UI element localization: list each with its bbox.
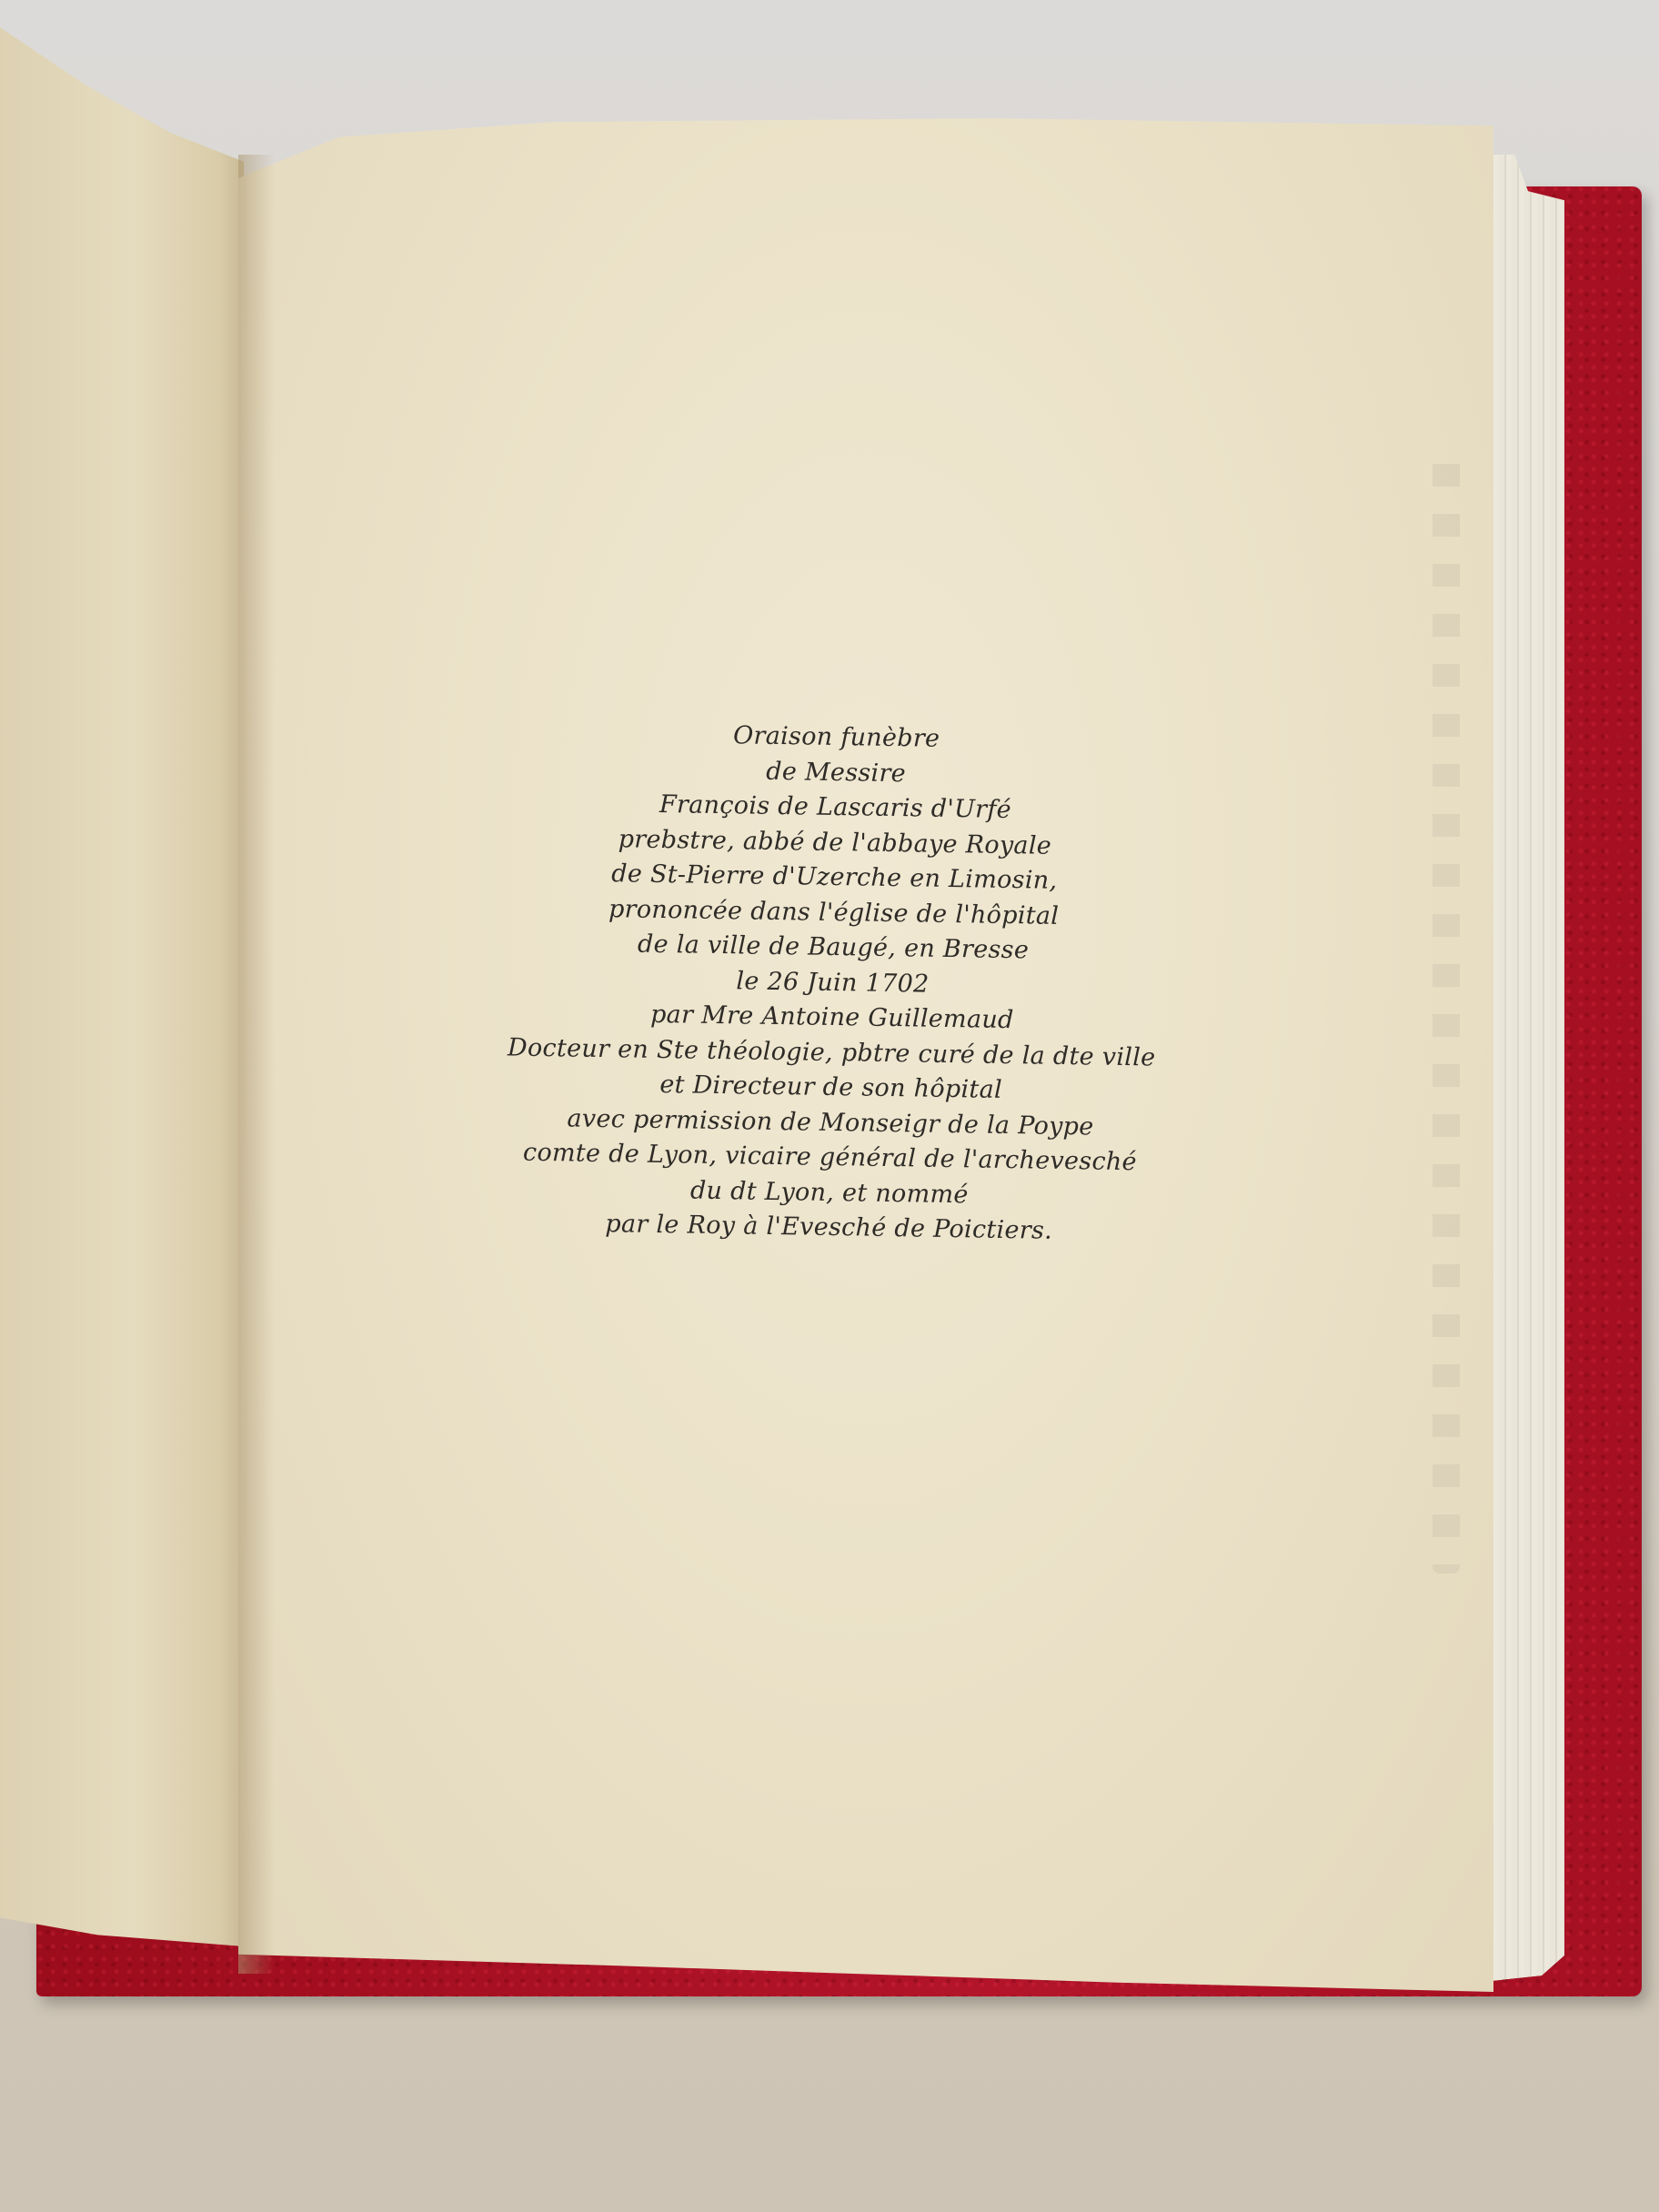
show-through-text [1433,437,1460,1574]
title-text-block: Oraison funèbre de Messire François de L… [428,714,1237,1252]
gutter-shadow [238,155,275,1974]
book-photo: Oraison funèbre de Messire François de L… [0,0,1659,2212]
left-page [0,27,244,1946]
